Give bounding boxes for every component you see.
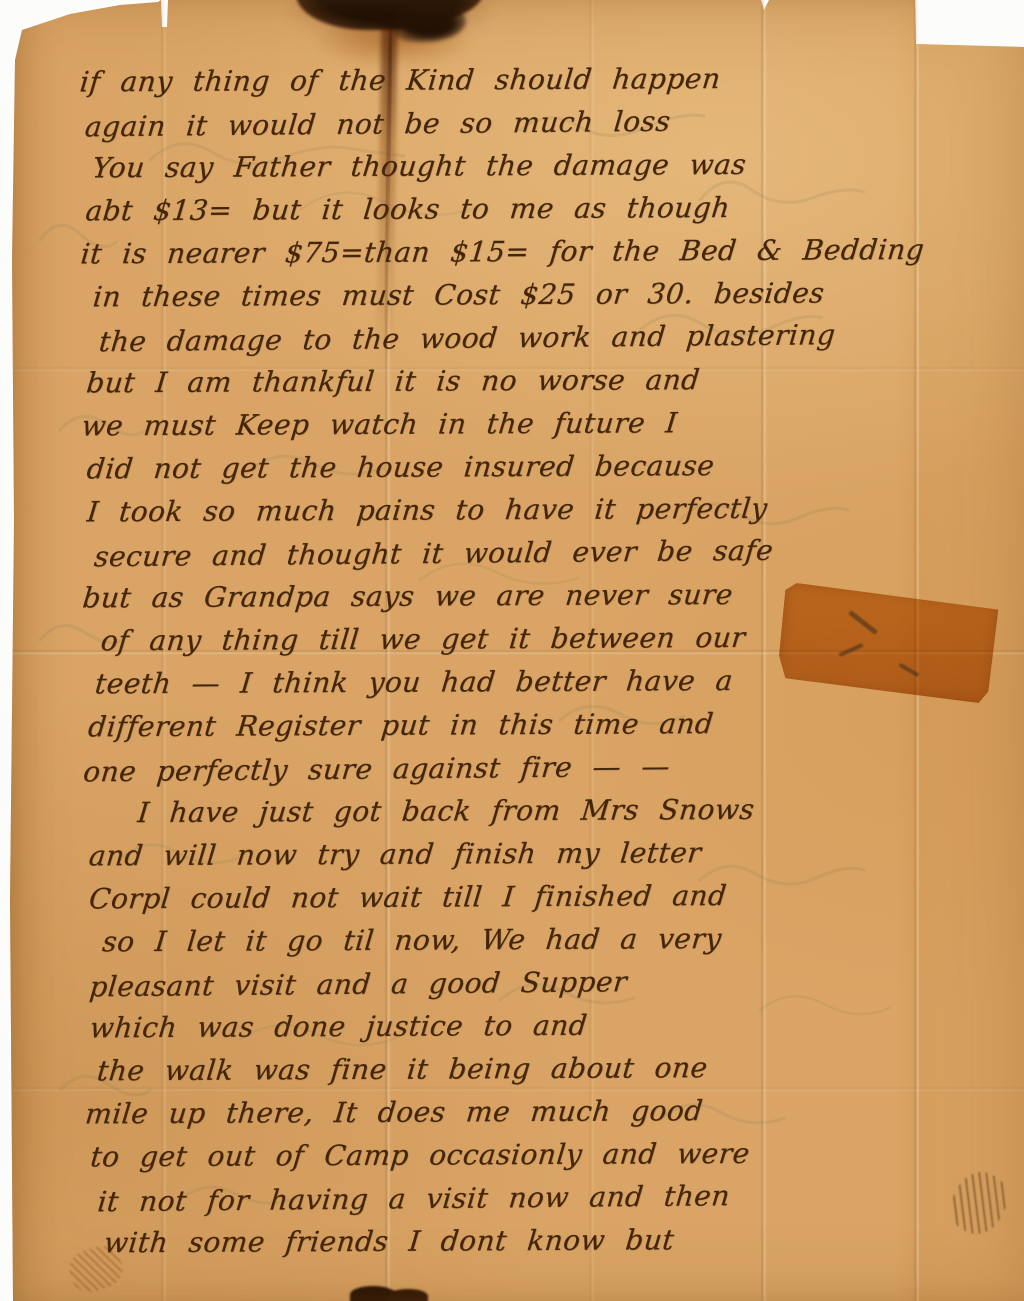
letter-body: if any thing of the Kind should happenag… [85,56,991,1265]
letter-line: I have just got back from Mrs Snows [94,787,991,835]
letter-line: did not get the house insured because [85,443,989,491]
letter-line: You say Father thought the damage was [90,142,987,190]
letter-line: it not for having a visit now and then [96,1172,993,1224]
letter-line: of any thing till we get it between our [99,615,990,663]
letter-line: mile up there, It does me much good [83,1088,992,1136]
letter-line: but I am thankful it is no worse and [84,357,988,405]
letter-line: in these times must Cost $25 or 30. besi… [91,271,988,319]
letter-line: I took so much pains to have it perfectl… [85,486,989,534]
letter-scan: if any thing of the Kind should happenag… [0,0,1024,1301]
letter-line: and will now try and finish my letter [87,830,991,878]
letter-line: with some friends I dont know but [102,1217,993,1265]
letter-line: pleasant visit and a good Supper [87,957,991,1009]
letter-line: it is nearer $75=than $15= for the Bed &… [79,228,988,276]
letter-line: the damage to the wood work and plasteri… [97,312,988,364]
letter-line: Corpl could not wait till I finished and [87,873,991,921]
letter-line: different Register put in this time and [86,701,990,749]
letter-line: so I let it go til now, We had a very [100,916,991,964]
letter-line: if any thing of the Kind should happen [78,56,987,104]
letter-line: but as Grandpa says we are never sure [81,572,990,620]
ink-blot-bottom [388,1289,428,1301]
letter-line: to get out of Camp occasionly and were [88,1131,992,1179]
letter-line: abt $13= but it looks to me as though [83,185,987,233]
letter-line: secure and thought it would ever be safe [92,527,989,579]
letter-line: one perfectly sure against fire — — [81,742,990,794]
letter-line: the walk was fine it being about one [95,1045,992,1093]
letter-line: which was done justice to and [88,1002,992,1050]
letter-line: teeth — I think you had better have a [93,658,990,706]
letter-line: we must Keep watch in the future I [80,400,989,448]
letter-line: again it would not be so much loss [83,97,987,149]
